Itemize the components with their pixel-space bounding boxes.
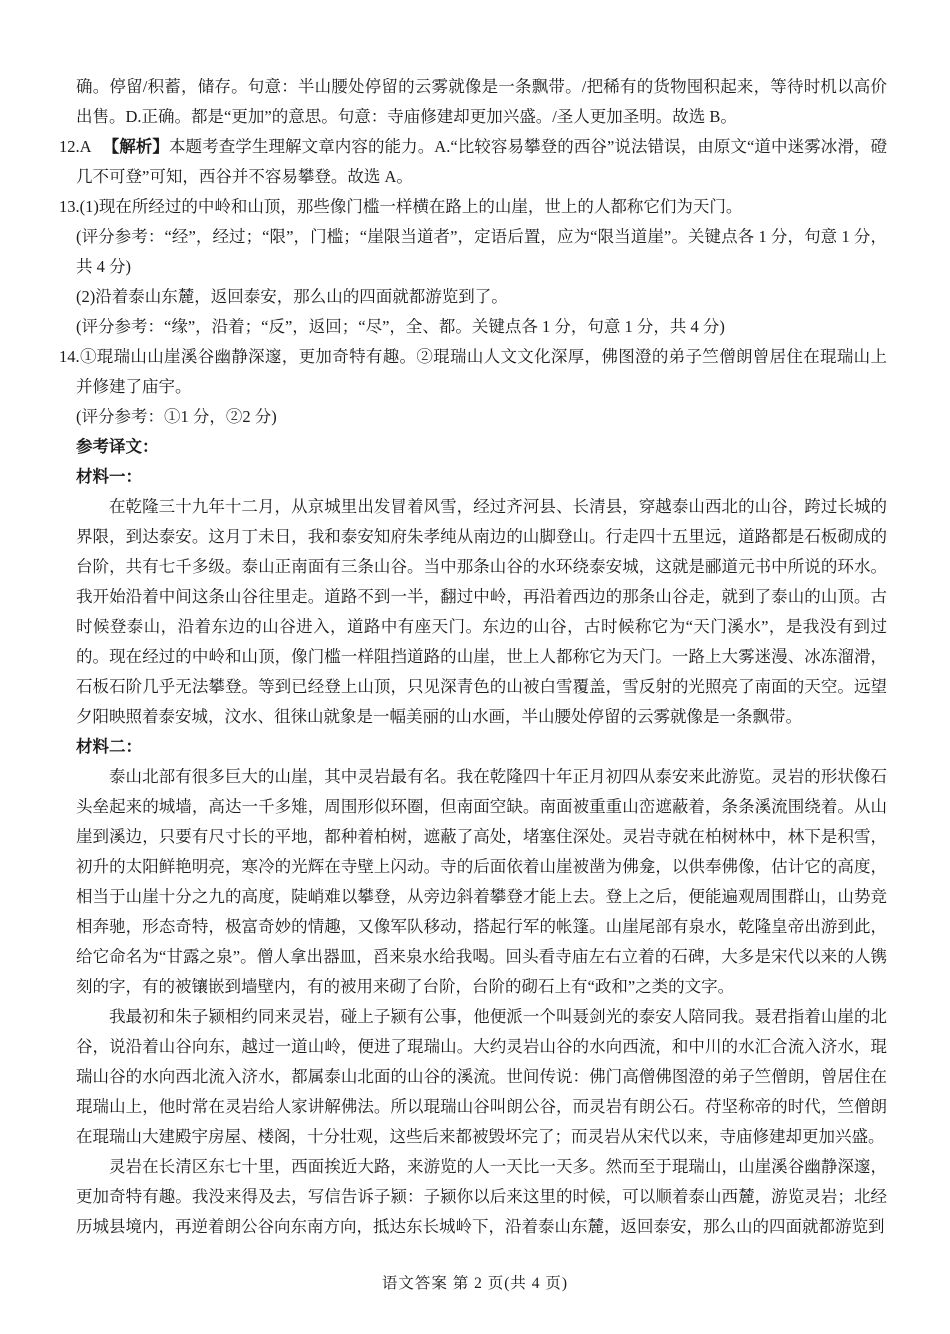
item-13-scoring1: (评分参考：“经”，经过；“限”，门槛；“崖限当道者”，定语后置，应为“限当道崖… xyxy=(59,222,887,282)
item-13-part1: 13.(1)现在所经过的中岭和山顶，那些像门槛一样横在路上的山崖，世上的人都称它… xyxy=(59,192,887,222)
material-2-label: 材料二： xyxy=(59,732,887,762)
exam-answer-page: 确。停留/积蓄，储存。句意：半山腰处停留的云雾就像是一条飘带。/把稀有的货物囤积… xyxy=(0,0,950,1334)
material-1-label: 材料一： xyxy=(59,462,887,492)
material-1-translation: 在乾隆三十九年十二月，从京城里出发冒着风雪，经过齐河县、长清县，穿越泰山西北的山… xyxy=(59,492,887,732)
answers-content: 确。停留/积蓄，储存。句意：半山腰处停留的云雾就像是一条飘带。/把稀有的货物囤积… xyxy=(59,72,887,1242)
material-2-paragraph-3: 灵岩在长清区东七十里，西面挨近大路，来游览的人一天比一天多。然而至于琨瑞山，山崖… xyxy=(59,1152,887,1242)
item-13-scoring2: (评分参考：“缘”，沿着；“反”，返回；“尽”，全、都。关键点各 1 分，句意 … xyxy=(59,312,887,342)
analysis-tag: 【解析】 xyxy=(103,138,169,156)
item-14-scoring: (评分参考：①1 分，②2 分) xyxy=(59,402,887,432)
material-2-paragraph-1: 泰山北部有很多巨大的山崖，其中灵岩最有名。我在乾隆四十年正月初四从泰安来此游览。… xyxy=(59,762,887,1002)
item-12-text: 本题考查学生理解文章内容的能力。A.“比较容易攀登的西谷”说法错误，由原文“道中… xyxy=(76,137,887,186)
page-footer: 语文答案 第 2 页(共 4 页) xyxy=(0,1271,950,1293)
item-13-part2: (2)沿着泰山东麓，返回泰安，那么山的四面就都游览到了。 xyxy=(59,282,887,312)
item-12-number: 12.A xyxy=(59,137,92,156)
item-14-answer: 14.①琨瑞山山崖溪谷幽静深邃，更加奇特有趣。②琨瑞山人文文化深厚，佛图澄的弟子… xyxy=(59,342,887,402)
material-2-paragraph-2: 我最初和朱子颍相约同来灵岩，碰上子颍有公事，他便派一个叫聂剑光的泰安人陪同我。聂… xyxy=(59,1002,887,1152)
translation-heading: 参考译文： xyxy=(59,432,887,462)
item-11-answer-continuation: 确。停留/积蓄，储存。句意：半山腰处停留的云雾就像是一条飘带。/把稀有的货物囤积… xyxy=(59,72,887,132)
item-12-answer: 12.A【解析】本题考查学生理解文章内容的能力。A.“比较容易攀登的西谷”说法错… xyxy=(59,132,887,192)
